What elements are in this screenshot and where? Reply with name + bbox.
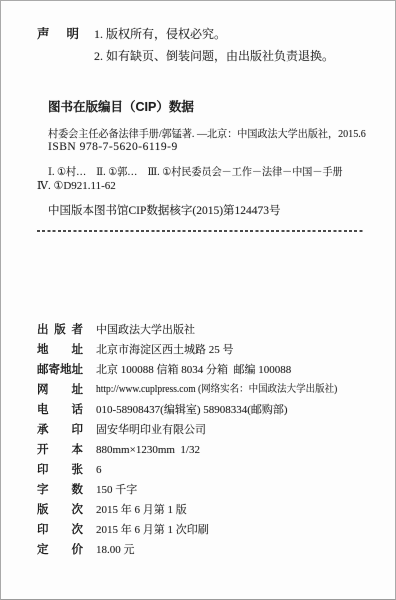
colophon-row-value: http://www.cuplpress.com (网络实名：中国政法大学出版社…	[96, 380, 337, 400]
statement-label: 声明	[37, 23, 79, 45]
classification-line-2: Ⅳ. ①D921.11-62	[37, 179, 116, 192]
colophon-row-label: 字数	[37, 480, 83, 500]
classification-line-1: Ⅰ. ①村… Ⅱ. ①郭… Ⅲ. ①村民委员会－工作－法律－中国－手册	[48, 164, 343, 179]
colophon-row: 出版者 中国政法大学出版社	[1, 320, 395, 340]
colophon-row: 电话 010-58908437(编辑室) 58908334(邮购部)	[1, 400, 395, 420]
cip-header: 图书在版编目（CIP）数据	[48, 97, 194, 115]
colophon-row-label: 地址	[37, 340, 83, 360]
colophon-block: 出版者 中国政法大学出版社 地址 北京市海淀区西土城路 25 号 邮寄地址 北京…	[1, 320, 395, 560]
colophon-row-value: 010-58908437(编辑室) 58908334(邮购部)	[96, 400, 288, 420]
colophon-row-label: 印次	[37, 520, 83, 540]
colophon-row: 地址 北京市海淀区西土城路 25 号	[1, 340, 395, 360]
dashed-divider-line	[37, 230, 364, 232]
cip-title-line: 村委会主任必备法律手册/郭锰著. —北京：中国政法大学出版社，2015.6	[48, 126, 366, 141]
colophon-row-value: 中国政法大学出版社	[96, 320, 195, 340]
colophon-row-label: 邮寄地址	[37, 360, 83, 380]
statement-block: 声明 1. 版权所有，侵权必究。 2. 如有缺页、倒装问题，由出版社负责退换。	[37, 23, 334, 67]
cip-record-line: 中国版本图书馆CIP数据核字(2015)第124473号	[48, 202, 281, 218]
copyright-page: 声明 1. 版权所有，侵权必究。 2. 如有缺页、倒装问题，由出版社负责退换。 …	[0, 0, 396, 600]
colophon-row: 印张 6	[1, 460, 395, 480]
colophon-row-label: 承印	[37, 420, 83, 440]
colophon-row-value: 6	[96, 460, 102, 480]
colophon-row-value: 18.00 元	[96, 540, 135, 560]
colophon-row-label: 网址	[37, 380, 83, 400]
colophon-row: 承印 固安华明印业有限公司	[1, 420, 395, 440]
colophon-row: 开本 880mm×1230mm 1/32	[1, 440, 395, 460]
colophon-row-value: 固安华明印业有限公司	[96, 420, 206, 440]
colophon-row: 印次 2015 年 6 月第 1 次印刷	[1, 520, 395, 540]
colophon-row: 网址 http://www.cuplpress.com (网络实名：中国政法大学…	[1, 380, 395, 400]
isbn-line: ISBN 978-7-5620-6119-9	[48, 141, 178, 153]
colophon-row-label: 电话	[37, 400, 83, 420]
colophon-row-value: 880mm×1230mm 1/32	[96, 440, 200, 460]
colophon-row-label: 印张	[37, 460, 83, 480]
colophon-row: 字数 150 千字	[1, 480, 395, 500]
colophon-row: 定价 18.00 元	[1, 540, 395, 560]
colophon-row-label: 出版者	[37, 320, 83, 340]
colophon-row-label: 版次	[37, 500, 83, 520]
colophon-row-value: 北京市海淀区西土城路 25 号	[96, 340, 234, 360]
statement-items: 1. 版权所有，侵权必究。 2. 如有缺页、倒装问题，由出版社负责退换。	[94, 23, 334, 67]
colophon-row-value: 北京 100088 信箱 8034 分箱 邮编 100088	[96, 360, 291, 380]
colophon-row: 邮寄地址 北京 100088 信箱 8034 分箱 邮编 100088	[1, 360, 395, 380]
colophon-row-value: 2015 年 6 月第 1 次印刷	[96, 520, 209, 540]
statement-item: 1. 版权所有，侵权必究。	[94, 23, 334, 45]
statement-item: 2. 如有缺页、倒装问题，由出版社负责退换。	[94, 45, 334, 67]
colophon-row-label: 定价	[37, 540, 83, 560]
colophon-row-label: 开本	[37, 440, 83, 460]
colophon-row-value: 150 千字	[96, 480, 137, 500]
colophon-row: 版次 2015 年 6 月第 1 版	[1, 500, 395, 520]
colophon-row-value: 2015 年 6 月第 1 版	[96, 500, 187, 520]
